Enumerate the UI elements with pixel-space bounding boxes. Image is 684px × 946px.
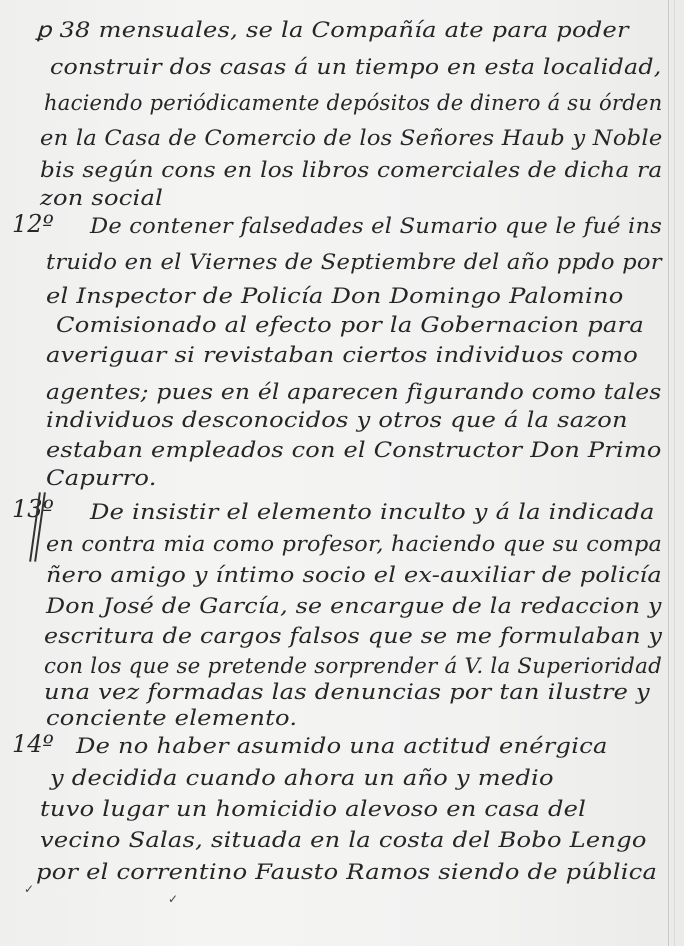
manuscript-line: en la Casa de Comercio de los Señores Ha… xyxy=(40,126,662,150)
item-number: 14º xyxy=(12,730,54,758)
manuscript-line: truido en el Viernes de Septiembre del a… xyxy=(46,250,662,274)
manuscript-line: Capurro. xyxy=(46,466,157,490)
manuscript-line: bis según cons en los libros comerciales… xyxy=(40,158,662,182)
manuscript-line: ñero amigo y íntimo socio el ex-auxiliar… xyxy=(46,563,662,587)
page-edge-rule xyxy=(668,0,669,946)
manuscript-line: una vez formadas las denuncias por tan i… xyxy=(44,680,650,704)
check-mark-icon: ✓ xyxy=(168,892,178,906)
manuscript-line: De no haber asumido una actitud enérgica xyxy=(76,734,608,758)
manuscript-line: construir dos casas á un tiempo en esta … xyxy=(50,55,661,79)
manuscript-line: De contener falsedades el Sumario que le… xyxy=(90,214,662,238)
manuscript-line: haciendo periódicamente depósitos de din… xyxy=(44,91,662,115)
manuscript-line: con los que se pretende sorprender á V. … xyxy=(44,654,662,678)
manuscript-line: escritura de cargos falsos que se me for… xyxy=(44,624,662,648)
manuscript-line: estaban empleados con el Constructor Don… xyxy=(46,438,662,462)
manuscript-line: conciente elemento. xyxy=(46,706,297,730)
item-number: 12º xyxy=(12,210,54,238)
manuscript-line: zon social xyxy=(40,186,163,210)
manuscript-line: Don José de García, se encargue de la re… xyxy=(46,594,662,618)
manuscript-line: Comisionado al efecto por la Gobernacion… xyxy=(56,313,644,337)
manuscript-line: ꝑ 38 mensuales, se la Compañía ate para … xyxy=(36,18,629,42)
page-edge-rule-secondary xyxy=(674,0,675,946)
manuscript-line: individuos desconocidos y otros que á la… xyxy=(46,408,628,432)
manuscript-line: tuvo lugar un homicidio alevoso en casa … xyxy=(40,797,586,821)
manuscript-line: por el correntino Fausto Ramos siendo de… xyxy=(36,860,657,884)
manuscript-line: el Inspector de Policía Don Domingo Palo… xyxy=(46,284,623,308)
manuscript-line: vecino Salas, situada en la costa del Bo… xyxy=(40,828,647,852)
manuscript-page: ꝑ 38 mensuales, se la Compañía ate para … xyxy=(0,0,684,946)
manuscript-line: De insistir el elemento inculto y á la i… xyxy=(90,500,655,524)
manuscript-line: averiguar si revistaban ciertos individu… xyxy=(46,343,638,367)
manuscript-line: agentes; pues en él aparecen figurando c… xyxy=(46,380,662,404)
manuscript-line: en contra mia como profesor, haciendo qu… xyxy=(46,532,662,556)
manuscript-line: y decidida cuando ahora un año y medio xyxy=(50,766,554,790)
item-number: 13º xyxy=(12,495,54,523)
check-mark-icon: ✓ xyxy=(24,882,34,896)
